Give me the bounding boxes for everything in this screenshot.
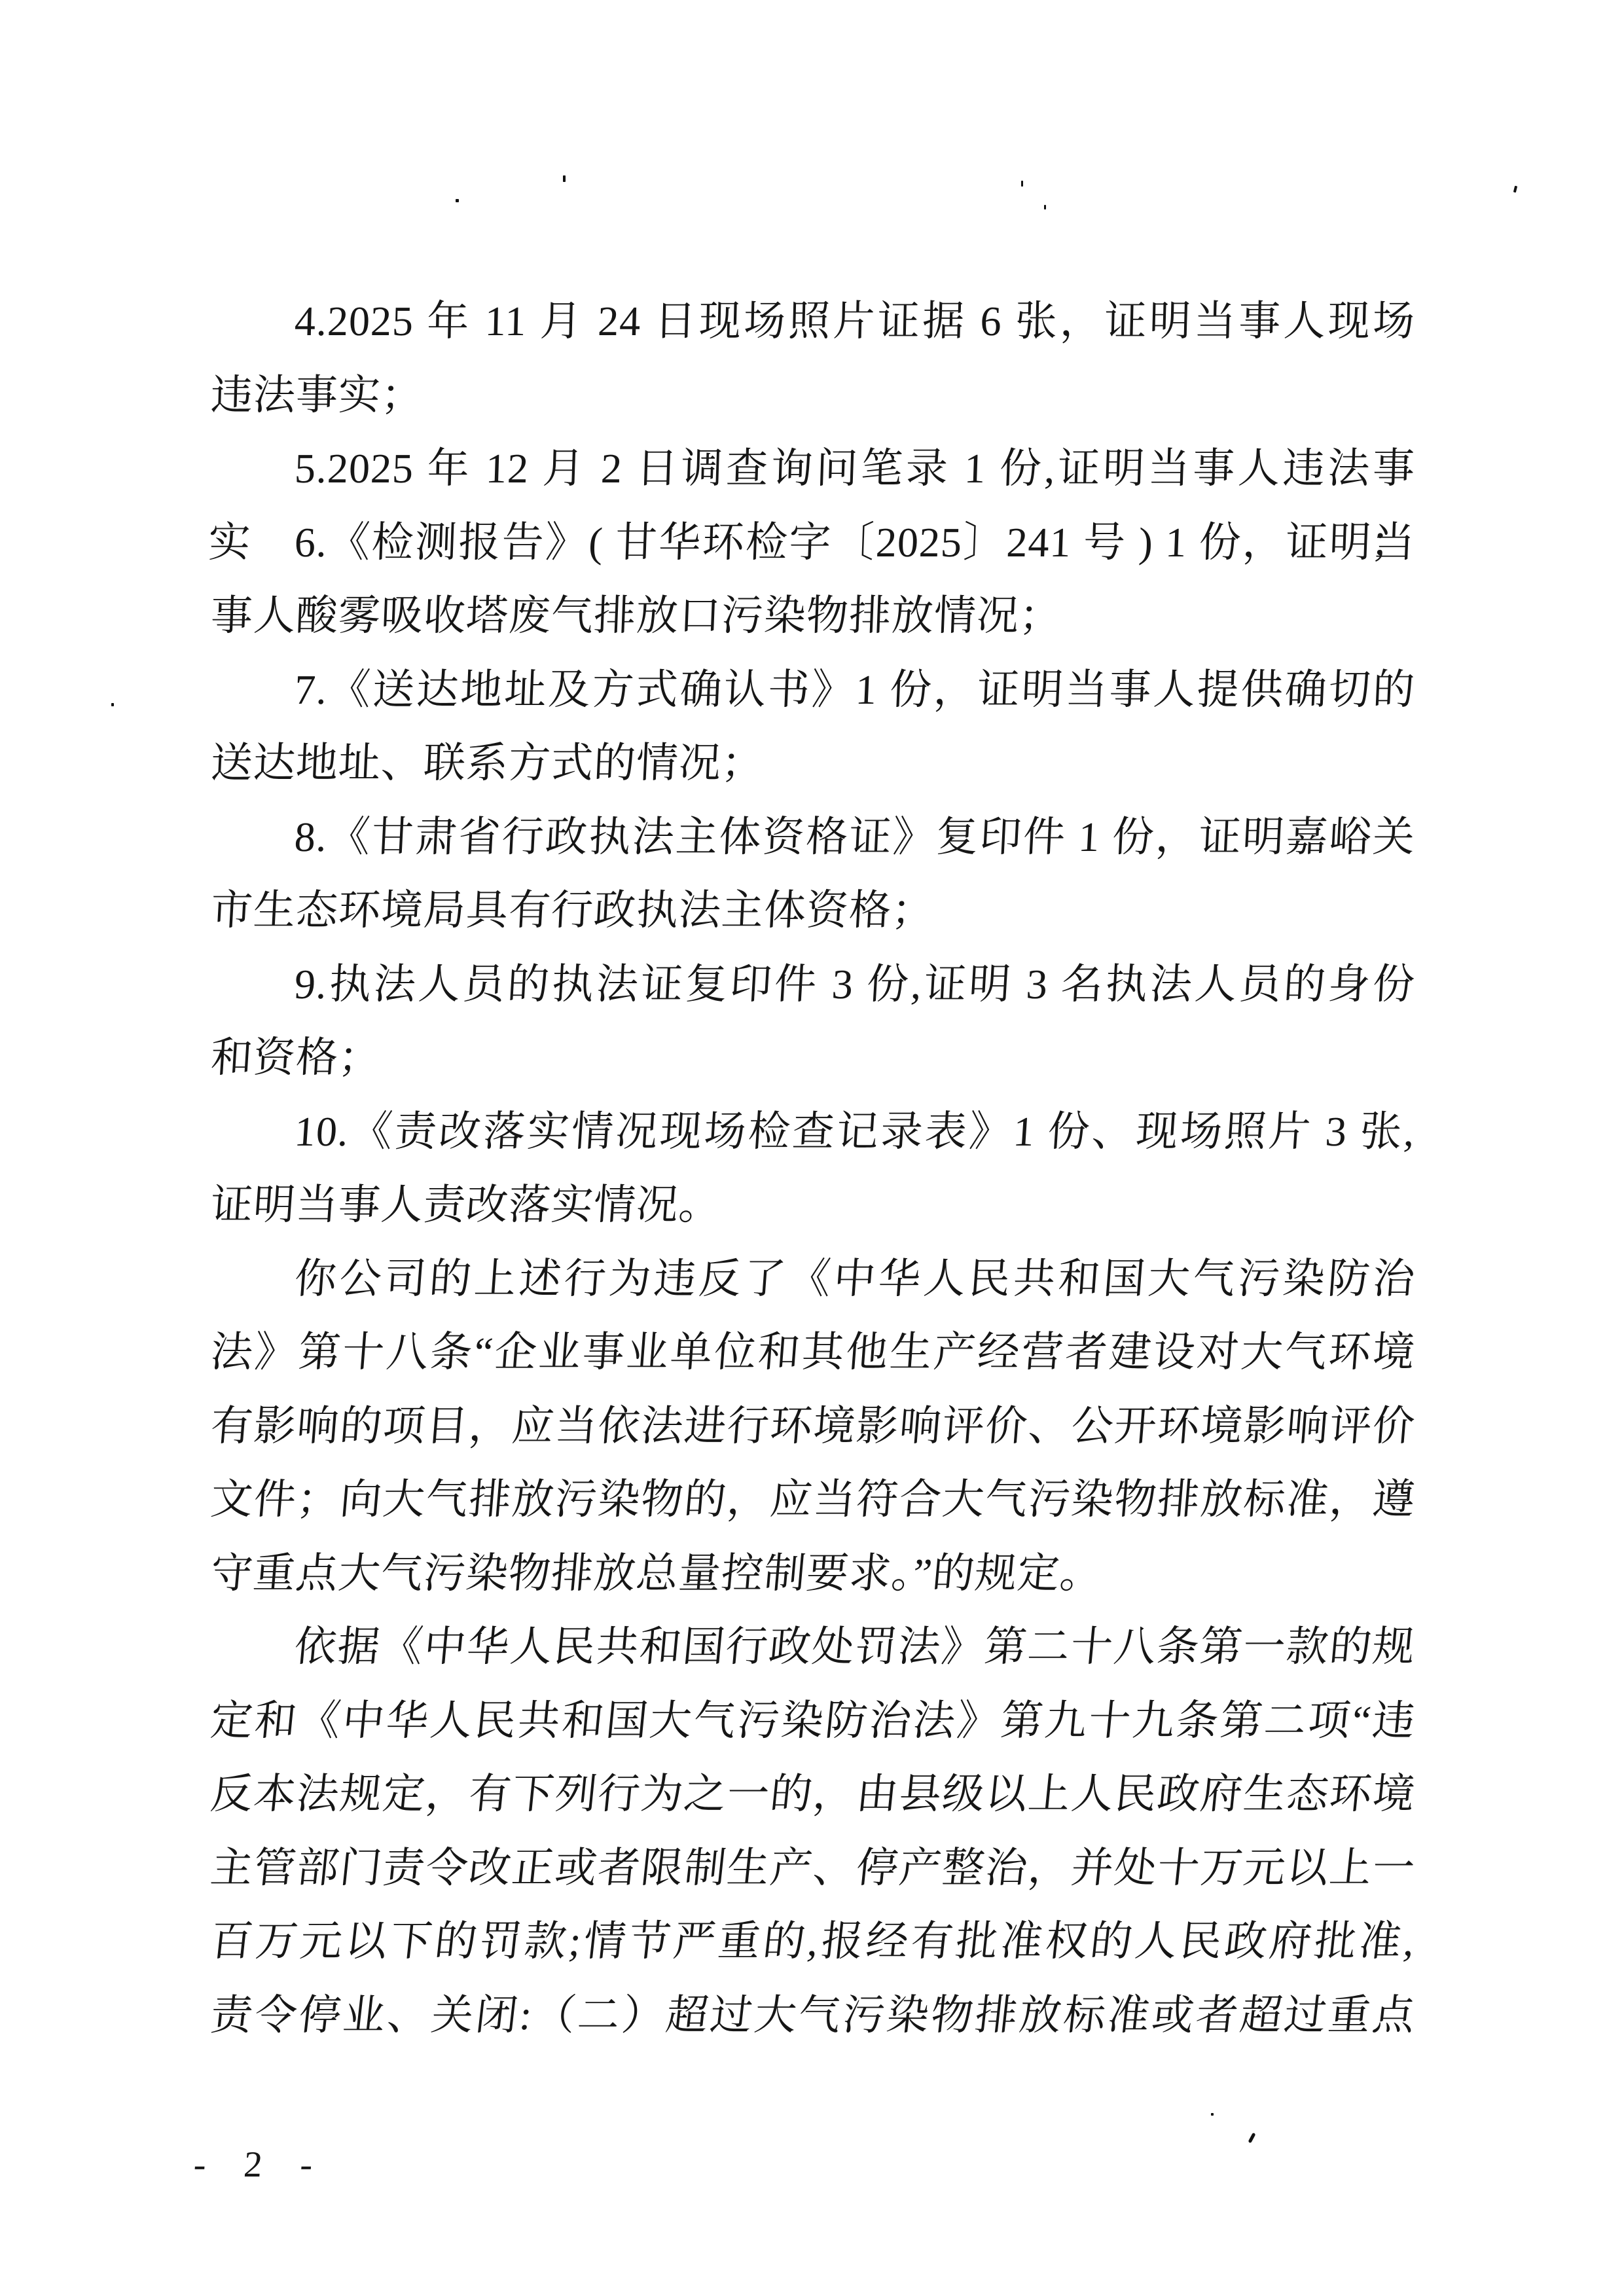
document-line: 守重点大气污染物排放总量控制要求。”的规定。 bbox=[208, 1537, 1418, 1611]
scan-speck bbox=[1248, 2133, 1256, 2143]
document-line: 主管部门责令改正或者限制生产、停产整治，并处十万元以上一 bbox=[207, 1832, 1419, 1906]
document-line: 法》第十八条“企业事业单位和其他生产经营者建设对大气环境 bbox=[208, 1316, 1418, 1390]
scan-speck bbox=[111, 703, 114, 706]
scan-speck bbox=[1021, 181, 1023, 187]
document-line: 文件；向大气排放污染物的，应当符合大气污染物排放标准，遵 bbox=[208, 1463, 1418, 1537]
document-line: 市生态环境局具有行政执法主体资格； bbox=[209, 874, 1417, 948]
document-line: 5.2025 年 12 月 2 日调查询问笔录 1 份,证明当事人违法事实； bbox=[209, 432, 1416, 506]
document-line: 事人酸雾吸收塔废气排放口污染物排放情况； bbox=[209, 579, 1416, 653]
document-line: 10.《责改落实情况现场检查记录表》1 份、现场照片 3 张, bbox=[208, 1095, 1418, 1169]
document-body: 4.2025 年 11 月 24 日现场照片证据 6 张，证明当事人现场违法事实… bbox=[211, 285, 1415, 2052]
document-line: 依据《中华人民共和国行政处罚法》第二十八条第一款的规 bbox=[208, 1610, 1419, 1684]
document-line: 证明当事人责改落实情况。 bbox=[208, 1168, 1418, 1242]
document-line: 反本法规定，有下列行为之一的，由县级以上人民政府生态环境 bbox=[207, 1758, 1418, 1832]
scan-speck bbox=[1513, 186, 1517, 193]
document-line: 你公司的上述行为违反了《中华人民共和国大气污染防治 bbox=[208, 1242, 1418, 1316]
document-line: 责令停业、关闭:（二）超过大气污染物排放标准或者超过重点 bbox=[207, 1979, 1420, 2053]
document-line: 4.2025 年 11 月 24 日现场照片证据 6 张，证明当事人现场 bbox=[210, 285, 1416, 359]
document-line: 6.《检测报告》( 甘华环检字〔2025〕241 号 ) 1 份，证明当 bbox=[209, 506, 1416, 580]
document-line: 有影响的项目，应当依法进行环境影响评价、公开环境影响评价 bbox=[208, 1390, 1418, 1464]
document-line: 百万元以下的罚款;情节严重的,报经有批准权的人民政府批准, bbox=[207, 1905, 1419, 1979]
scan-speck bbox=[1044, 205, 1046, 209]
scan-speck bbox=[456, 199, 459, 202]
document-line: 8.《甘肃省行政执法主体资格证》复印件 1 份，证明嘉峪关 bbox=[209, 801, 1417, 875]
page-number: - 2 - bbox=[192, 2142, 329, 2188]
document-line: 9.执法人员的执法证复印件 3 份,证明 3 名执法人员的身份 bbox=[209, 948, 1418, 1022]
document-line: 7.《送达地址及方式确认书》1 份，证明当事人提供确切的 bbox=[209, 653, 1417, 727]
document-line: 定和《中华人民共和国大气污染防治法》第九十九条第二项“违 bbox=[208, 1684, 1419, 1758]
document-page: 4.2025 年 11 月 24 日现场照片证据 6 张，证明当事人现场违法事实… bbox=[0, 0, 1624, 2295]
scan-speck bbox=[563, 175, 566, 182]
scan-speck bbox=[1211, 2113, 1214, 2116]
document-line: 违法事实； bbox=[209, 359, 1416, 433]
document-line: 送达地址、联系方式的情况； bbox=[209, 727, 1416, 801]
document-line: 和资格； bbox=[208, 1021, 1417, 1095]
